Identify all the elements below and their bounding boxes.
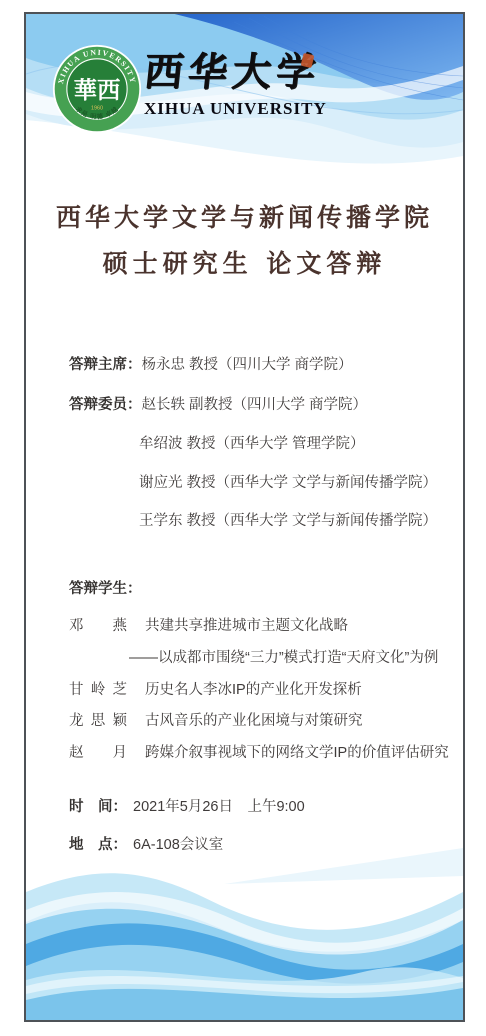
students-section-label: 答辩学生： [69, 580, 142, 600]
student-row: 龙思颖古风音乐的产业化困境与对策研究 [69, 712, 363, 732]
time-value: 2021年5月26日 上午9:00 [133, 799, 305, 815]
defense-chair-value: 杨永忠 教授（四川大学 商学院） [142, 357, 353, 373]
committee-line-1: 答辩委员：赵长轶 副教授（四川大学 商学院） [69, 396, 367, 416]
student-row: 邓燕共建共享推进城市主题文化战略 [69, 617, 348, 637]
student-thesis: 共建共享推进城市主题文化战略 [145, 618, 348, 634]
time-line: 时 间：2021年5月26日 上午9:00 [69, 798, 305, 818]
committee-label: 答辩委员： [69, 397, 142, 413]
time-label: 时 间： [69, 798, 127, 818]
student-row: 甘岭芝历史名人李冰IP的产业化开发探析 [69, 681, 362, 701]
committee-member-1: 赵长轶 副教授（四川大学 商学院） [142, 397, 368, 413]
university-name-english: XIHUA UNIVERSITY [144, 99, 354, 119]
poster-title-line2: 硕士研究生 论文答辩 [26, 244, 463, 280]
defense-chair-line: 答辩主席：杨永忠 教授（四川大学 商学院） [69, 356, 353, 376]
student-name: 龙思颖 [69, 712, 127, 732]
student-thesis-subtitle: ——以成都市围绕“三力”模式打造“天府文化”为例 [129, 649, 438, 669]
committee-member-3: 谢应光 教授（西华大学 文学与新闻传播学院） [139, 474, 437, 494]
student-thesis: 古风音乐的产业化困境与对策研究 [145, 713, 363, 729]
committee-member-4: 王学东 教授（西华大学 文学与新闻传播学院） [139, 512, 437, 532]
student-name: 邓燕 [69, 617, 127, 637]
student-row: 赵月跨媒介叙事视域下的网络文学IP的价值评估研究 [69, 744, 449, 764]
committee-member-2: 牟绍波 教授（西华大学 管理学院） [139, 435, 365, 455]
student-name: 甘岭芝 [69, 681, 127, 701]
bottom-wave-decoration [26, 848, 463, 1020]
defense-poster: XIHUA UNIVERSITY 華西 1960 求是 明德 卓越 西华大学 X… [24, 12, 465, 1022]
student-name: 赵月 [69, 744, 127, 764]
student-thesis: 历史名人李冰IP的产业化开发探析 [145, 682, 362, 698]
university-name-calligraphy: 西华大学 [142, 50, 357, 97]
poster-title-line1: 西华大学文学与新闻传播学院 [26, 198, 463, 234]
university-brand: 西华大学 XIHUA UNIVERSITY [144, 50, 354, 119]
logo-year: 1960 [91, 106, 103, 112]
logo-seal-characters: 華西 [74, 77, 121, 103]
student-thesis: 跨媒介叙事视域下的网络文学IP的价值评估研究 [145, 745, 449, 761]
defense-chair-label: 答辩主席： [69, 357, 142, 373]
university-seal-logo: XIHUA UNIVERSITY 華西 1960 求是 明德 卓越 [52, 44, 142, 134]
